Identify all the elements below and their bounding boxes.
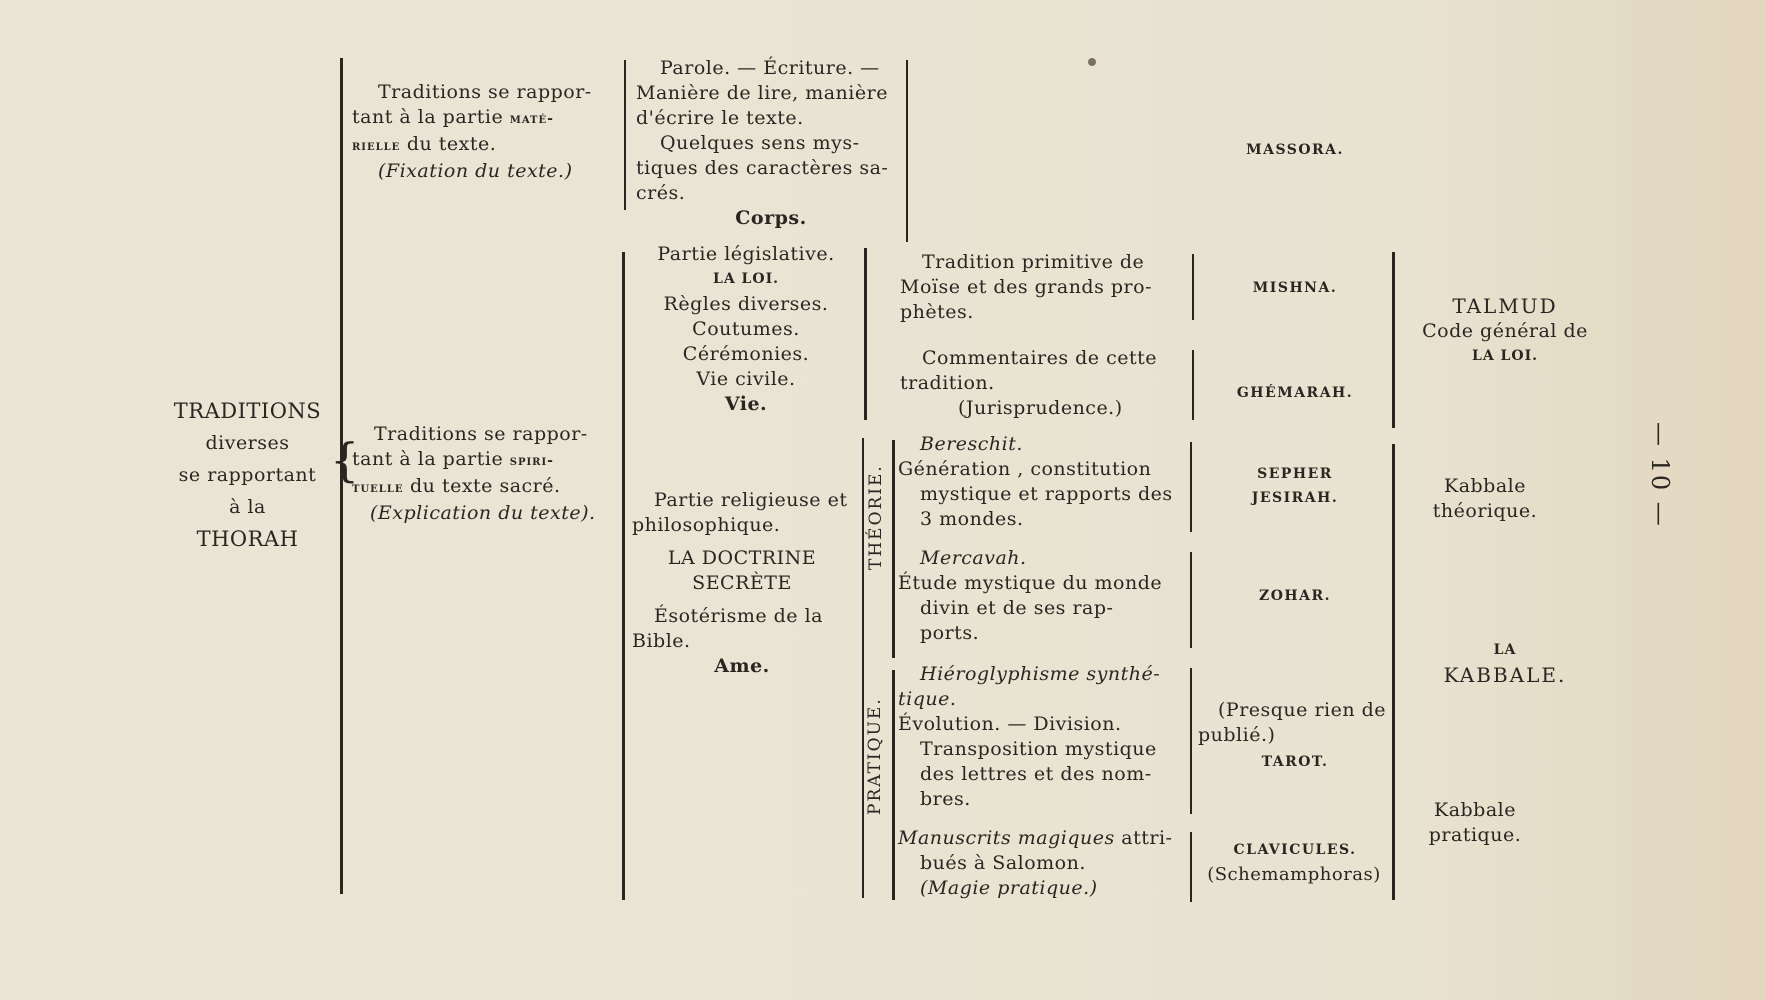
text-line: du texte sacré. xyxy=(403,475,560,497)
detail-hieroglyphisme: Hiéroglyphisme synthé- tique. Évolution.… xyxy=(898,662,1188,812)
title-italic: tique. xyxy=(898,687,1188,712)
doctrine-title: SECRÈTE xyxy=(632,571,852,596)
text-line: Cérémonies. xyxy=(636,342,856,367)
text-line: crés. xyxy=(636,181,906,206)
section-corps: Parole. — Écriture. — Manière de lire, m… xyxy=(636,56,906,231)
page-number: — 10 — xyxy=(1646,422,1674,562)
ink-speck xyxy=(1088,58,1096,66)
label-ame: Ame. xyxy=(632,654,852,679)
brace-pratique xyxy=(892,670,895,900)
section-vie: Partie législative. LA LOI. Règles diver… xyxy=(636,242,856,417)
title-italic: Hiéroglyphisme synthé- xyxy=(898,662,1188,687)
brace-corps xyxy=(906,60,908,242)
text-line: (Presque rien de xyxy=(1198,698,1398,723)
text-line: (Jurisprudence.) xyxy=(900,396,1190,421)
text-line: tant à la partie xyxy=(352,448,503,470)
text-line: Kabbale xyxy=(1410,798,1540,823)
detail-mercavah: Mercavah. Étude mystique du monde divin … xyxy=(898,546,1188,646)
root-concept: TRADITIONS diverses se rapportant à la T… xyxy=(140,395,355,555)
smallcaps-term: LA LOI. xyxy=(1410,344,1600,369)
note-italic: (Fixation du texte.) xyxy=(352,159,622,184)
smallcaps-term: LA LOI. xyxy=(636,267,856,292)
book-schemamphoras: (Schemamphoras) xyxy=(1196,862,1392,887)
text-line: publié.) xyxy=(1198,723,1398,748)
root-title-thorah: THORAH xyxy=(140,523,355,555)
text-line: divin et de ses rap- xyxy=(898,596,1188,621)
text-line: Manière de lire, manière xyxy=(636,81,906,106)
brace-theorie xyxy=(892,440,895,658)
text-line: mystique et rapports des xyxy=(898,482,1188,507)
text-line: tiques des caractères sa- xyxy=(636,156,906,181)
text-line: Quelques sens mys- xyxy=(636,131,906,156)
brace-spirituelle xyxy=(622,252,625,900)
title-italic: Bereschit. xyxy=(898,432,1188,457)
text-line: 3 mondes. xyxy=(898,507,1188,532)
branch-materielle: Traditions se rappor- tant à la partie m… xyxy=(352,80,622,184)
talmud: TALMUD Code général de LA LOI. xyxy=(1410,294,1600,369)
brace-bereschit xyxy=(1190,442,1192,532)
smallcaps-term: maté- xyxy=(510,111,554,127)
note-italic: (Magie pratique.) xyxy=(898,876,1188,901)
talmud-title: TALMUD xyxy=(1410,294,1600,319)
text-line: Ésotérisme de la xyxy=(632,604,852,629)
text-line: Code général de xyxy=(1410,319,1600,344)
text-line: des lettres et des nom- xyxy=(898,762,1188,787)
root-line: à la xyxy=(140,491,355,523)
text-line: philosophique. xyxy=(632,513,852,538)
kabbale-title: KABBALE. xyxy=(1410,663,1600,688)
text-line: attri- xyxy=(1115,827,1173,849)
text-line: Traditions se rappor- xyxy=(352,422,622,447)
brace-kabbale xyxy=(1392,444,1395,900)
detail-manuscrits: Manuscrits magiques attri- bués à Salomo… xyxy=(898,826,1188,901)
root-line: se rapportant xyxy=(140,459,355,491)
text-line: Tradition primitive de xyxy=(900,250,1190,275)
section-label-pratique: PRATIQUE. xyxy=(865,725,885,815)
text-line: Kabbale xyxy=(1410,474,1560,499)
text-line: tradition. xyxy=(900,371,1190,396)
text-line: Étude mystique du monde xyxy=(898,571,1188,596)
text-line: Parole. — Écriture. — xyxy=(636,56,906,81)
brace-ghemara xyxy=(1192,350,1194,420)
kabbale-pratique: Kabbale pratique. xyxy=(1410,798,1540,848)
text-line: Traditions se rappor- xyxy=(352,80,622,105)
text-line: Partie religieuse et xyxy=(632,488,852,513)
text-line: Coutumes. xyxy=(636,317,856,342)
brace-mercavah xyxy=(1190,552,1192,648)
book-tarot: TAROT. xyxy=(1200,754,1390,770)
smallcaps-term: rielle xyxy=(352,138,400,154)
text-line: Transposition mystique xyxy=(898,737,1188,762)
brace-mishna xyxy=(1192,254,1194,320)
root-title: TRADITIONS xyxy=(140,395,355,427)
text-line: Bible. xyxy=(632,629,852,654)
detail-ghemara: Commentaires de cette tradition. (Jurisp… xyxy=(900,346,1190,421)
text-line: tant à la partie xyxy=(352,106,503,128)
text-line: Évolution. — Division. xyxy=(898,712,1188,737)
text-line: pratique. xyxy=(1410,823,1540,848)
book-clavicules: CLAVICULES. xyxy=(1200,842,1390,858)
text-line: Moïse et des grands pro- xyxy=(900,275,1190,300)
section-ame: Partie religieuse et philosophique. LA D… xyxy=(632,488,852,679)
text-line: du texte. xyxy=(400,133,496,155)
text-line: Commentaires de cette xyxy=(900,346,1190,371)
smallcaps-term: tuelle xyxy=(352,480,403,496)
label-corps: Corps. xyxy=(636,206,906,231)
branch-spirituelle: Traditions se rappor- tant à la partie s… xyxy=(352,422,622,526)
detail-mishna: Tradition primitive de Moïse et des gran… xyxy=(900,250,1190,325)
text-line: Règles diverses. xyxy=(636,292,856,317)
book-sepher-jesirah: SEPHER JESIRAH. xyxy=(1200,462,1390,510)
book-mishna: MISHNA. xyxy=(1200,280,1390,296)
presque-rien-note: (Presque rien de publié.) xyxy=(1198,698,1398,748)
text-line: phètes. xyxy=(900,300,1190,325)
note-italic: (Explication du texte). xyxy=(352,501,622,526)
brace-materielle xyxy=(624,60,626,210)
title-italic: Mercavah. xyxy=(898,546,1188,571)
book-ghemara: GHÉMARAH. xyxy=(1200,385,1390,401)
root-line: diverses xyxy=(140,427,355,459)
text-line: d'écrire le texte. xyxy=(636,106,906,131)
title-italic: Manuscrits magiques xyxy=(898,827,1115,849)
text-line: théorique. xyxy=(1410,499,1560,524)
text-line: JESIRAH. xyxy=(1200,486,1390,510)
book-massora: MASSORA. xyxy=(1200,142,1390,158)
text-line: bres. xyxy=(898,787,1188,812)
section-label-theorie: THÉORIE. xyxy=(866,490,886,570)
text-line: bués à Salomon. xyxy=(898,851,1188,876)
text-line: Génération , constitution xyxy=(898,457,1188,482)
smallcaps-term: spiri- xyxy=(510,453,554,469)
doctrine-title: LA DOCTRINE xyxy=(632,546,852,571)
detail-bereschit: Bereschit. Génération , constitution mys… xyxy=(898,432,1188,532)
brace-ame xyxy=(862,438,864,898)
brace-talmud xyxy=(1392,252,1395,428)
text-line: SEPHER xyxy=(1200,462,1390,486)
kabbale-theorique: Kabbale théorique. xyxy=(1410,474,1560,524)
book-zohar: ZOHAR. xyxy=(1200,588,1390,604)
label-vie: Vie. xyxy=(636,392,856,417)
brace-vie xyxy=(864,248,867,420)
la-kabbale: LA KABBALE. xyxy=(1410,638,1600,688)
text-line: Partie législative. xyxy=(636,242,856,267)
text-line: ports. xyxy=(898,621,1188,646)
brace-manuscrits xyxy=(1190,832,1192,902)
brace-hieroglyphisme xyxy=(1190,668,1192,814)
smallcaps-term: LA xyxy=(1410,638,1600,663)
document-page: TRADITIONS diverses se rapportant à la T… xyxy=(0,0,1766,1000)
text-line: Vie civile. xyxy=(636,367,856,392)
